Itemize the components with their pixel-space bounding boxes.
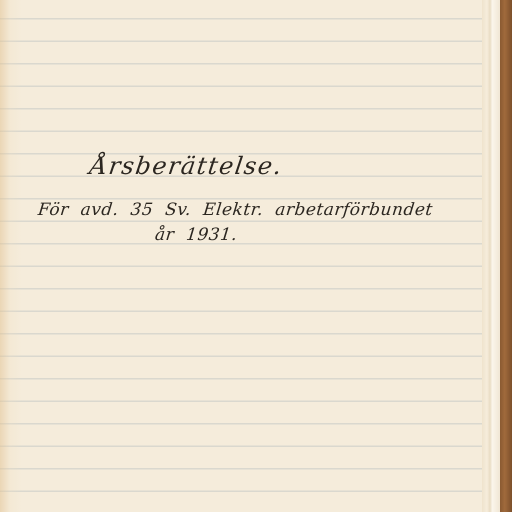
ledger-page: Årsberättelse. För avd. 35 Sv. Elektr. a… xyxy=(0,0,492,512)
document-subtitle-line-2: år 1931. xyxy=(154,225,238,245)
document-title: Årsberättelse. xyxy=(88,152,285,180)
page-stack-edge xyxy=(492,0,500,512)
document-subtitle-line-1: För avd. 35 Sv. Elektr. arbetarförbundet xyxy=(37,200,434,220)
page-edge xyxy=(482,0,492,512)
book-binding xyxy=(500,0,512,512)
